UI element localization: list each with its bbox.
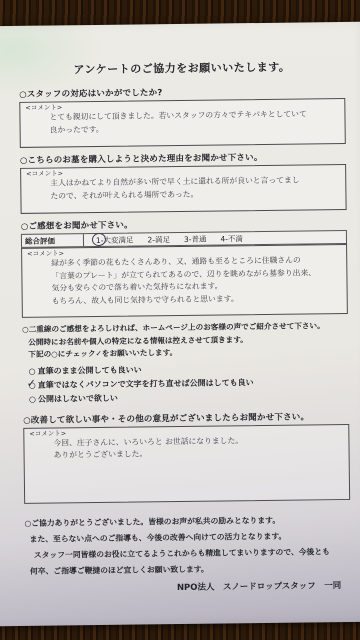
q2-heading: ○こちらのお墓を購入しようと決めた理由をお聞かせ下さい。 [20,150,346,166]
rating-option-4: 4-不満 [220,233,243,244]
q3-answer-text: 緑が多く季節の花もたくさんあり、又、通路も至るところに住職さんの 「言葉のプレー… [27,254,342,308]
q2-comment-box: <コメント> 主人はかねてより自然が多い所で早く土に還れる所が良いと言ってまし … [20,164,347,214]
q1-heading: ○スタッフの対応はいかがでしたか? [19,84,345,100]
q4-answer-text: 今回、庄子さんに、いろいろと お世話になりました。 ありがとうございました。 [29,434,343,463]
publish-option-label: 直筆のまま公開しても良いい [38,365,142,375]
questionnaire-paper: アンケートのご協力をお願いいたします。 ○スタッフの対応はいかがでしたか? <コ… [0,22,360,627]
check-mark-icon: ✓ [27,376,36,390]
photo-background: アンケートのご協力をお願いいたします。 ○スタッフの対応はいかがでしたか? <コ… [0,0,360,640]
publish-option-label: 公開はしないで欲しい [38,393,118,403]
option-circle-icon: ○ [29,392,38,406]
publish-option-no-publish: ○公開はしないで欲しい [23,388,349,406]
footer-line4: 何卒、ご指導ご鞭撻のほど宜しくお願い致します。 [25,559,351,579]
q1-comment-box: <コメント> とても親切にして頂きました。若いスタッフの方々でテキパキとしていて… [19,98,346,148]
q4-heading: ○改善して欲しい事や・その他の意見がございましたらお聞かせ下さい。 [23,409,349,425]
rating-option-2: 2-満足 [147,234,170,245]
q3-comment-box: <コメント> 緑が多く季節の花もたくさんあり、又、通路も至るところに住職さんの … [21,244,348,318]
closing-message: ○ご協力ありがとうございました。皆様のお声が私共の励みとなります。 また、至らな… [24,511,351,594]
q2-answer-text: 主人はかねてより自然が多い所で早く土に還れる所が良いと言ってまし たので、それが… [26,174,340,203]
q1-answer-text: とても親切にして頂きました。若いスタッフの方々でテキパキとしていて 良かったです… [25,108,339,137]
rating-label: 総合評価 [22,234,84,247]
rating-option-1-selected: 1-大変満足 [96,234,134,245]
publish-consent-section: ○二重線のご感想をよろしければ、ホームページ上のお客様の声でご紹介させて下さい。… [22,320,349,406]
publish-intro-line3: 下記の○にチェック✓をお願いいたします。 [22,345,348,361]
survey-title: アンケートのご協力をお願いいたします。 [19,58,345,78]
rating-option-3: 3-普通 [184,233,207,244]
q3-heading: ○ご感想をお聞かせ下さい。 [21,216,347,232]
signature-line: NPO法人 スノードロップスタッフ 一同 [25,578,351,594]
q4-comment-box: <コメント> 今回、庄子さんに、いろいろと お世話になりました。 ありがとうござ… [23,423,350,503]
publish-options: ○直筆のまま公開しても良いい ○✓直筆ではなくパソコンで文字を打ち直せば公開はし… [22,360,348,406]
publish-option-label: 直筆ではなくパソコンで文字を打ち直せば公開はしても良い [38,378,254,390]
